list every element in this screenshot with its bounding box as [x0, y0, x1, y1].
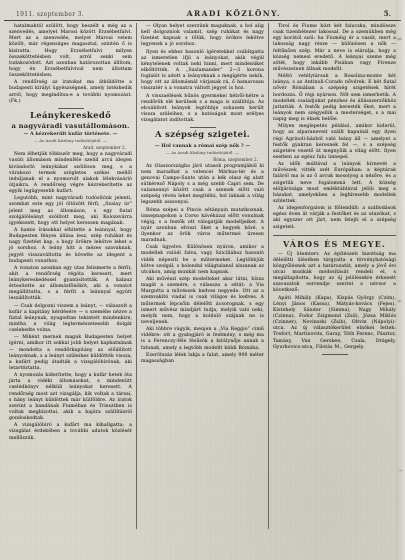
paragraph: Legutóbb, mint nagyváradi tudósítónk jel…	[9, 196, 132, 227]
article-headline: Leánykereskedő a nagyváradi vasutállomás…	[9, 112, 132, 143]
section-body: — Új ütemterv. Az építészeti bizottság m…	[273, 252, 396, 351]
paragraph: Apáti Mihály (Kapa), Kispás György (Czim…	[273, 296, 396, 351]
paragraph: hatalmaktól szülött, hogy beszélt a még …	[9, 24, 132, 79]
paragraph: Az idegenforgalom is föllendült: a száll…	[273, 206, 396, 231]
article-divider-rule	[58, 108, 84, 109]
article-dateline: Arad, szeptember 2.	[9, 145, 132, 150]
paragraph: — Új ütemterv. Az építészeti bizottság m…	[273, 252, 396, 295]
headline-line1: Leánykereskedő	[9, 112, 132, 122]
column-2: — Olyan helyet szerzünk maguknak, a hol …	[136, 23, 268, 529]
article-continuation: hatalmaktól szülött, hogy beszélt a még …	[9, 24, 132, 105]
headline-byline: — Az Aradi Közlöny tudósítójától. —	[141, 150, 264, 155]
column-3: Tirol és Fiume közt két falucska, mindös…	[268, 23, 400, 529]
headline-line2: a nagyváradi vasutállomáson.	[9, 122, 132, 130]
article-body: Az Olaszországba járó utasok programjábó…	[141, 164, 264, 366]
paragraph: A visszaélések bűnös gyermekei hétről-hé…	[141, 94, 264, 125]
section-divider-rule	[273, 235, 396, 236]
headline-subtitle: — A kézrekerült kufár története. —	[9, 131, 132, 137]
paragraph: Aki többre vágyik, menjen a „Via Reggio”…	[141, 327, 264, 352]
scan-page-edge	[396, 0, 405, 560]
scan-smudge	[398, 300, 401, 302]
paragraph: A rendőrség az iratokat ma átküldötte a …	[9, 80, 132, 105]
paragraph: — Olyan helyet szerzünk maguknak, a hol …	[141, 24, 264, 49]
paragraph: Az idők múltával a leányok hírnevét a mű…	[273, 162, 396, 205]
paragraph: Méltó vetélytársuk a Rosolina-monte két …	[273, 74, 396, 123]
headline-byline: — Az Aradi Közlöny tudósítójától. —	[9, 138, 132, 143]
paragraph: A vonaton azonban egy utas felismerte a …	[9, 266, 132, 303]
paragraph: — Miként mernek maguk Budapesten helyet …	[9, 335, 132, 372]
article-continuation: Tirol és Fiume közt két falucska, mindös…	[273, 24, 396, 231]
article-dateline: Róma, szeptember 2.	[141, 157, 264, 162]
section-title: VÁROS ÉS MEGYE.	[273, 239, 396, 249]
issue-date: 1911. szeptember 3.	[16, 11, 84, 18]
headline-subtitle: — Hol vannak a római szép nők ? —	[141, 143, 264, 149]
paragraph: Ilyen és ehhez hasonló ígéretekkel csábí…	[141, 50, 264, 93]
paragraph: A nyomozás kiderítette, hogy a kufár het…	[9, 373, 132, 422]
newspaper-title: ARADI KÖZLÖNY.	[187, 9, 281, 18]
headline-title: A szépség szigetei.	[141, 131, 264, 141]
page-number: 5.	[384, 9, 391, 18]
paragraph: A vizsgálóbíró a kufárt ma kihallgatta; …	[9, 423, 132, 441]
column-layout: hatalmaktól szülött, hogy beszélt a még …	[5, 23, 400, 529]
paragraph: Milyen meglepetés például, amikor kiderü…	[273, 124, 396, 161]
paragraph: Róma szépei a Pincio sétányain mutatkozn…	[141, 208, 264, 245]
masthead: 1911. szeptember 3. ARADI KÖZLÖNY. 5.	[4, 0, 401, 21]
article-divider-rule	[190, 127, 216, 128]
paragraph: — Csak dolgozni viszem a leányt, — válas…	[9, 304, 132, 335]
paragraph: Ezerötszáz lélek lakja a falut, amely 90…	[141, 353, 264, 365]
paragraph: Nem élhetjük többször meg, hogy a nagyvá…	[9, 152, 132, 195]
article-continuation: — Olyan helyet szerzünk maguknak, a hol …	[141, 24, 264, 124]
paragraph: Aki művészi szép modelleket akar látni, …	[141, 277, 264, 326]
paragraph: Tirol és Fiume közt két falucska, mindös…	[273, 24, 396, 73]
article-headline: A szépség szigetei. — Hol vannak a római…	[141, 131, 264, 154]
paragraph: Az Olaszországba járó utasok programjábó…	[141, 164, 264, 207]
column-1: hatalmaktól szülött, hogy beszélt a még …	[5, 23, 136, 529]
newspaper-page: 1911. szeptember 3. ARADI KÖZLÖNY. 5. ha…	[0, 0, 405, 560]
paragraph: Csak ügyelve. Különösen nyáron, amikor a…	[141, 245, 264, 276]
article-body: Nem élhetjük többször meg, hogy a nagyvá…	[9, 152, 132, 441]
section-end-rule	[322, 354, 348, 355]
scan-smudge	[399, 470, 403, 471]
paragraph: A hamis írásokkal elhitette a leánnyal, …	[9, 228, 132, 265]
scan-smudge	[397, 38, 402, 40]
